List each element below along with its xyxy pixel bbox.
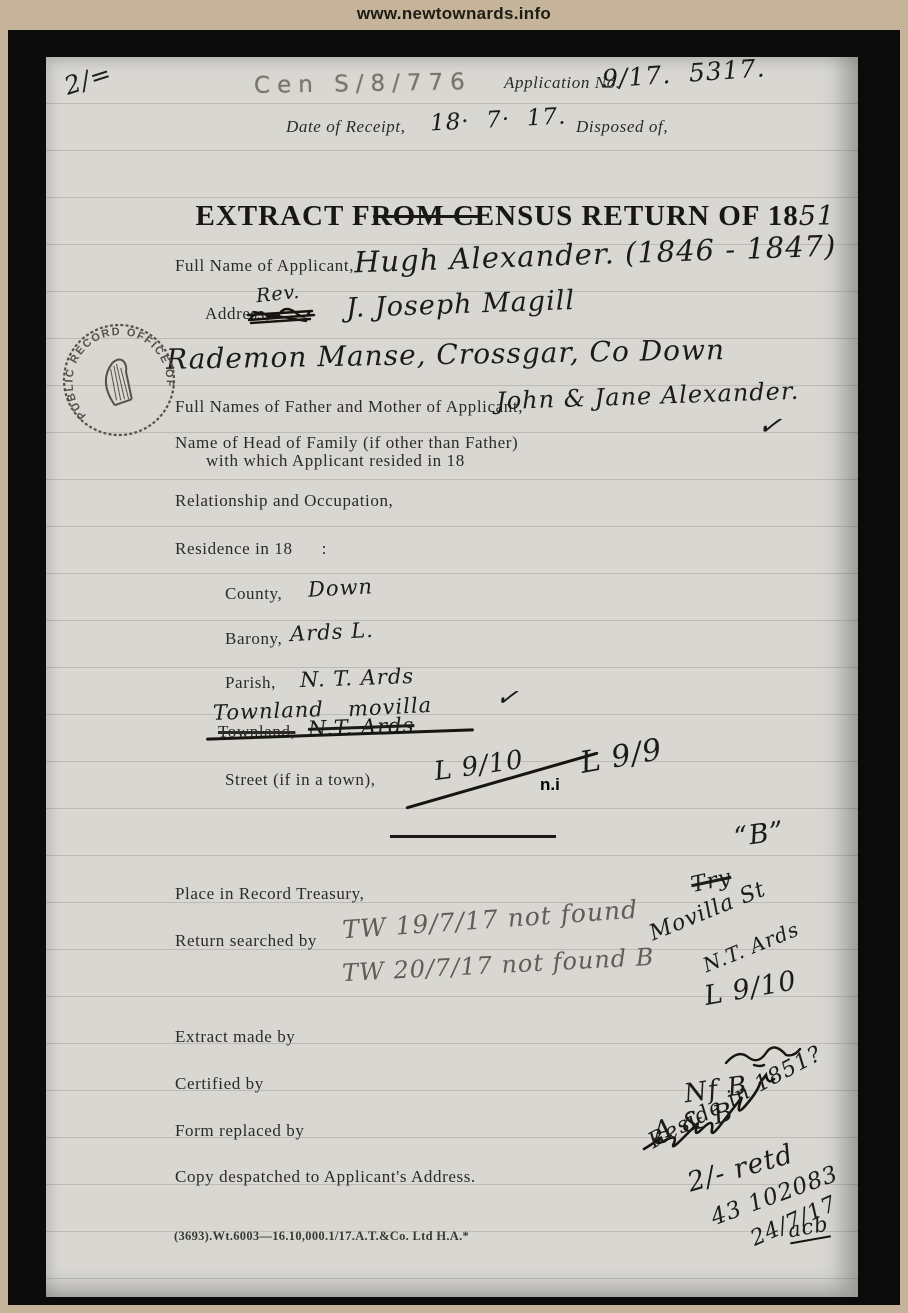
date-of-receipt-label: Date of Receipt, — [286, 117, 406, 137]
disposed-of-label: Disposed of, — [576, 117, 668, 137]
scanned-census-extract-page: www.newtownards.info 2/= Cen S/8/776 App… — [0, 0, 908, 1313]
head-of-family-label-line1: Name of Head of Family (if other than Fa… — [175, 433, 518, 453]
street-label: Street (if in a town), — [225, 770, 376, 790]
printer-imprint: (3693).Wt.6003—16.10,000.1/17.A.T.&Co. L… — [174, 1229, 469, 1244]
street-value: L 9/9 — [578, 732, 666, 781]
applicant-label: Full Name of Applicant, — [175, 256, 354, 276]
street-struck-value: L 9/10 — [432, 745, 525, 787]
svg-text:PUBLIC RECORD OFFICE OF IRELAN: PUBLIC RECORD OFFICE OF IRELAND — [32, 293, 181, 427]
section-divider-rule — [390, 835, 556, 838]
fee-note: 2/= — [61, 58, 116, 101]
county-label: County, — [225, 584, 282, 604]
parents-value: John & Jane Alexander. — [496, 377, 800, 416]
copy-despatched-label: Copy despatched to Applicant's Address. — [175, 1167, 476, 1187]
parish-label: Parish, — [225, 673, 276, 693]
site-banner: www.newtownards.info — [0, 0, 908, 30]
date-of-receipt-value: 18· 7· 17. — [429, 103, 567, 136]
annotation-initials: acb — [786, 1212, 831, 1245]
census-extract-form: 2/= Cen S/8/776 Application No. 9/17. 53… — [46, 57, 858, 1297]
relationship-label: Relationship and Occupation, — [175, 491, 393, 511]
searched-note-line1: TW 19/7/17 not found — [341, 895, 639, 945]
scribbled-out-word — [246, 303, 318, 327]
barony-value: Ards L. — [289, 618, 374, 646]
searched-note-line2: TW 20/7/17 not found B — [341, 943, 655, 987]
harp-icon — [100, 358, 135, 406]
application-no-value: 9/17. 5317. — [601, 53, 766, 93]
head-of-family-label-line2: with which Applicant resided in 18 — [206, 451, 465, 471]
extract-label: Extract made by — [175, 1027, 295, 1047]
census-reference-stamp: Cen S/8/776 — [254, 69, 472, 99]
certified-label: Certified by — [175, 1074, 264, 1094]
treasury-label: Place in Record Treasury, — [175, 884, 365, 904]
searched-label: Return searched by — [175, 931, 317, 951]
address-line2-value: Rademon Manse, Crossgar, Co Down — [166, 333, 726, 376]
address-name-value: J. Joseph Magill — [346, 285, 576, 324]
county-value: Down — [307, 574, 373, 601]
form-title-year-handwritten: 51 — [799, 201, 835, 232]
form-title-printed: EXTRACT FROM CENSUS RETURN OF 18 — [196, 200, 799, 232]
form-replaced-label: Form replaced by — [175, 1121, 305, 1141]
townland-checkmark: ✓ — [494, 682, 521, 715]
parish-value: N. T. Ards — [300, 664, 415, 692]
stamp-ring-text: PUBLIC RECORD OFFICE OF IRELAND — [32, 293, 181, 427]
barony-label: Barony, — [225, 629, 282, 649]
annotation-b-flag: “B” — [732, 816, 786, 854]
parents-checkmark: ✓ — [756, 407, 785, 443]
title-underline-rule — [373, 215, 479, 218]
street-ni-note: n.i — [540, 775, 560, 795]
parents-label: Full Names of Father and Mother of Appli… — [175, 397, 523, 417]
townland-struck-value: N.T. Ards — [308, 713, 415, 741]
residence-label: Residence in 18 : — [175, 539, 327, 559]
